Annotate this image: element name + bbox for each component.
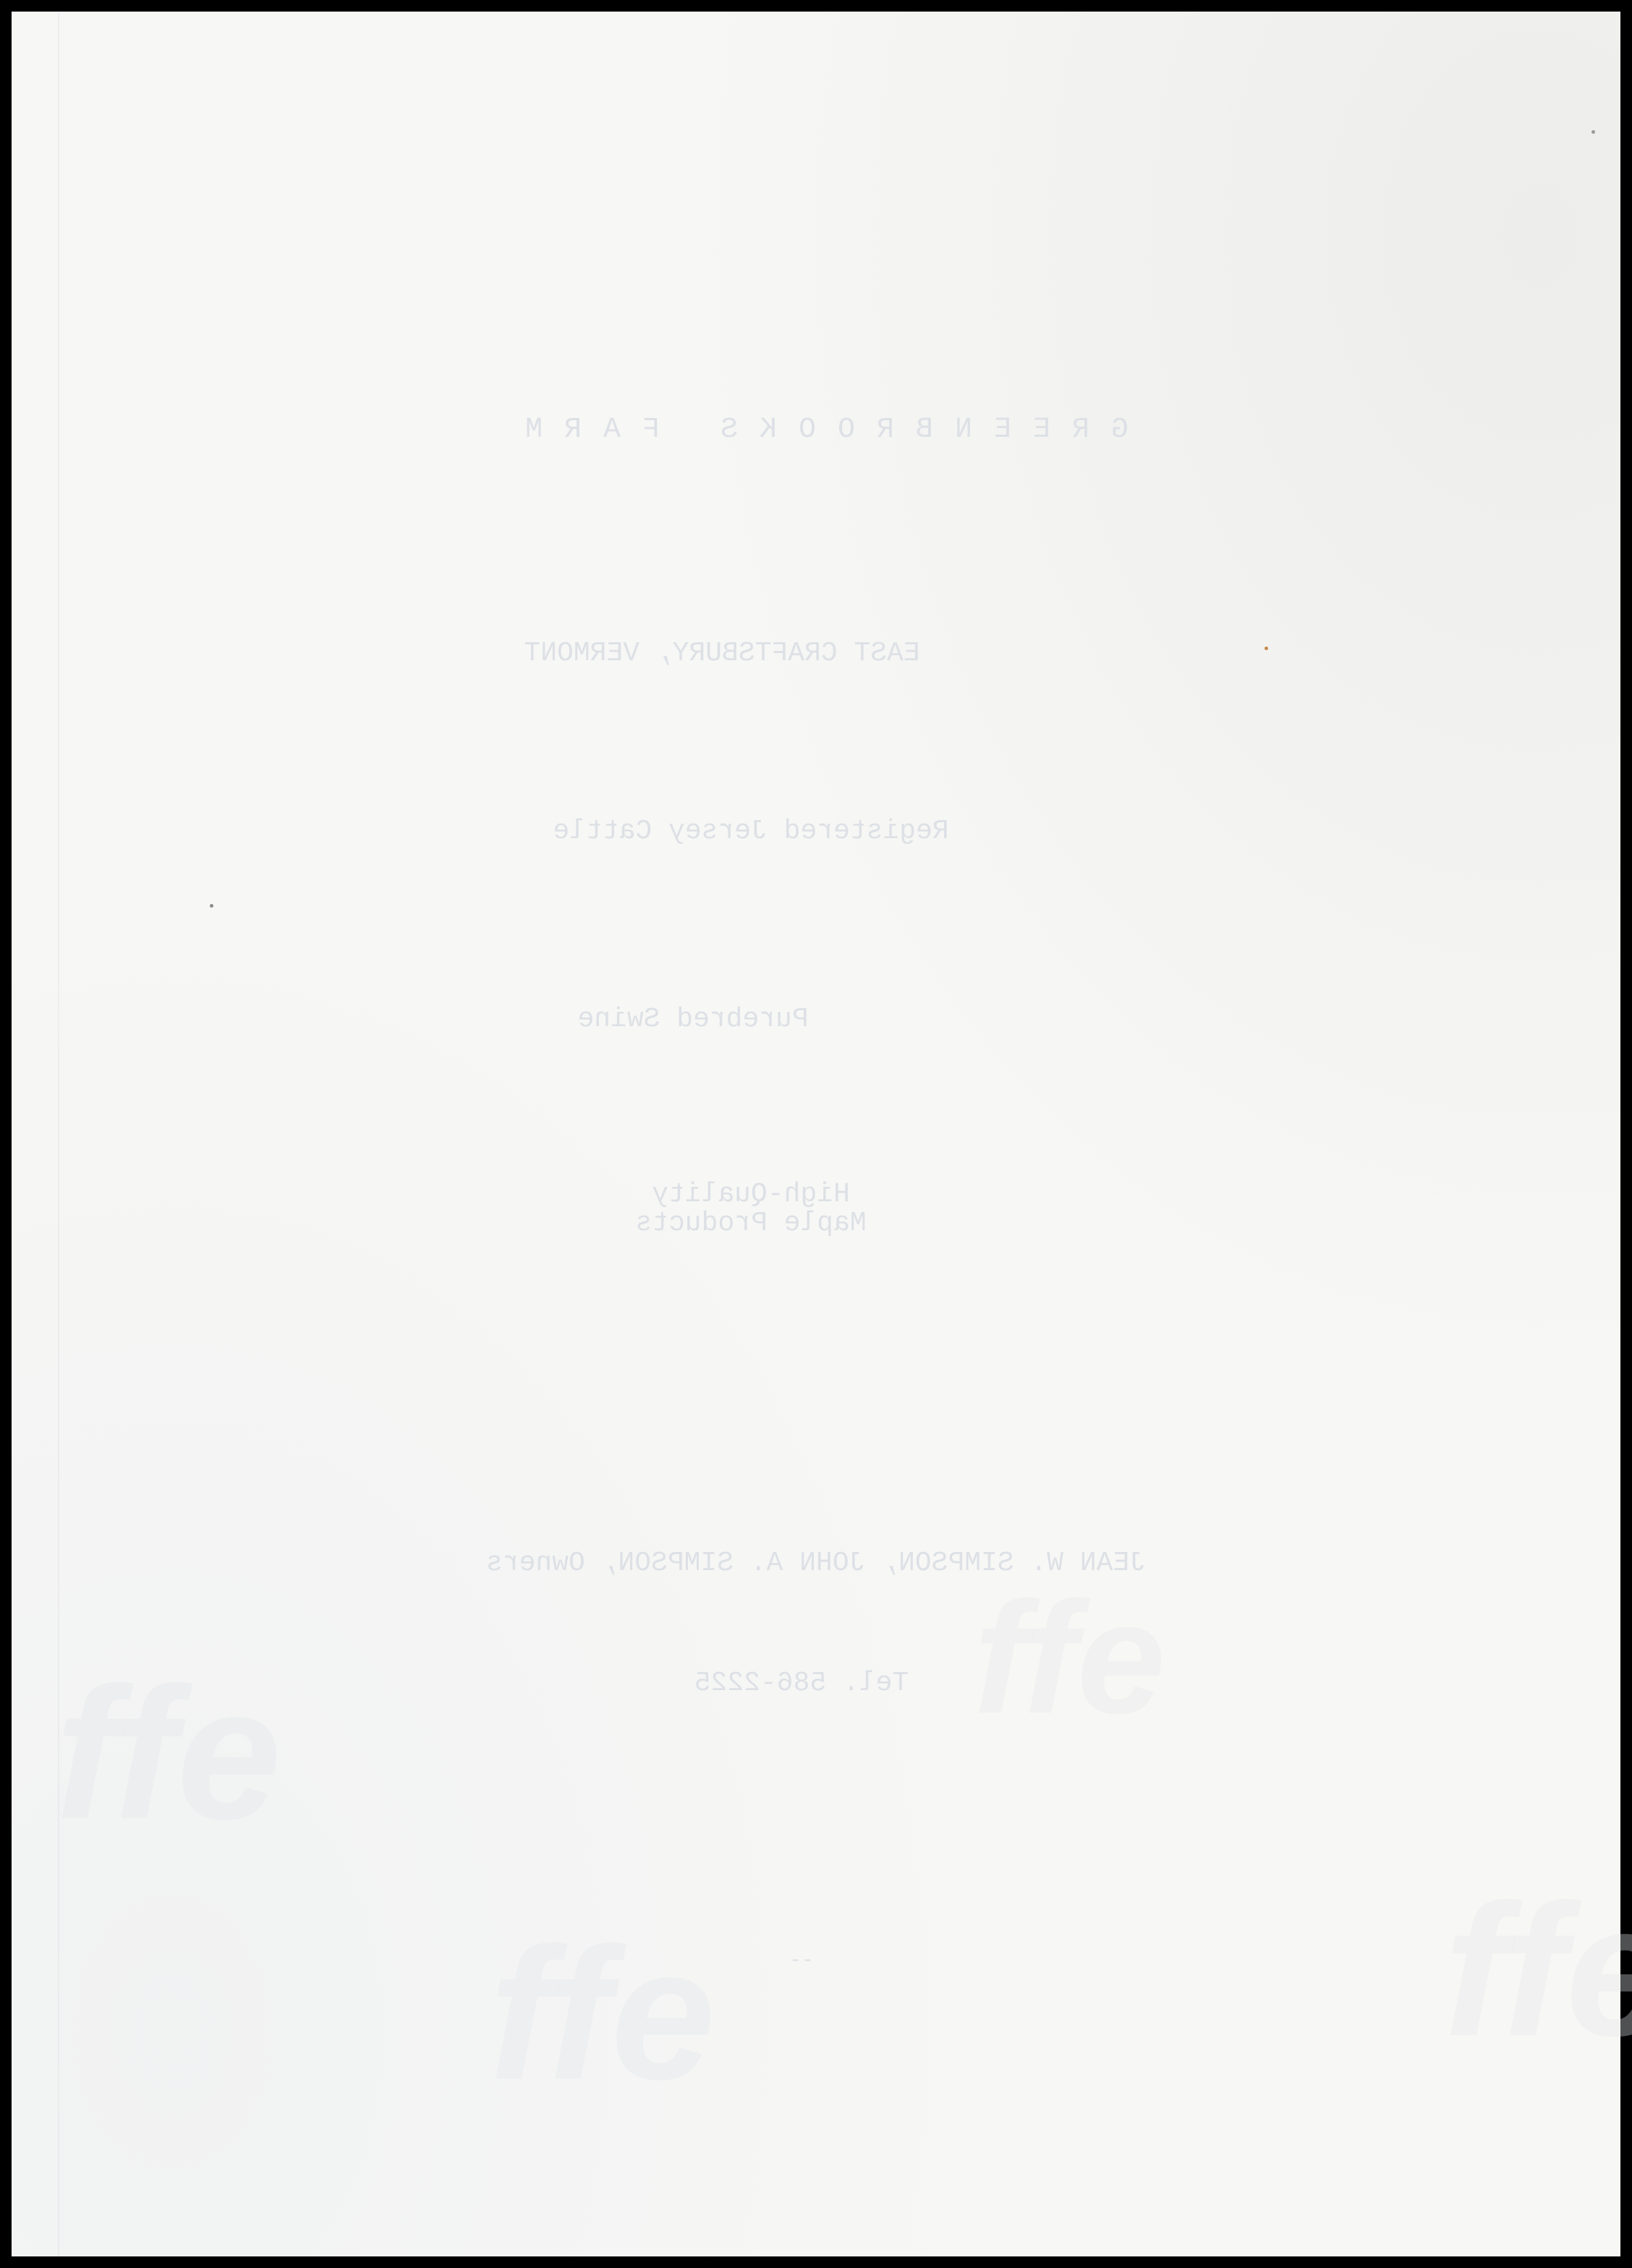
showthrough-farm-name: GREENBROOKS FARM (12, 414, 1620, 446)
showthrough-cattle-line: Registered Jersey Cattle (0, 816, 1555, 847)
paper-watermark: ffe (1444, 1863, 1632, 2079)
paper-edge-line (58, 12, 59, 2256)
showthrough-swine-line: Purebred Swine (0, 1004, 1497, 1035)
showthrough-location: EAST CRAFTSBURY, VERMONT (0, 638, 1526, 669)
paper-watermark: ffe (974, 1566, 1165, 1749)
showthrough-maple-line: High-Quality Maple Products (0, 1180, 1555, 1238)
scanned-page: GREENBROOKS FARM EAST CRAFTSBURY, VERMON… (12, 12, 1620, 2256)
dust-speck (1265, 647, 1268, 650)
dust-speck (210, 904, 213, 908)
showthrough-page-mark: -- (0, 1950, 1606, 1972)
paper-watermark: ffe (489, 1906, 715, 2123)
showthrough-owners-line: JEAN W. SIMPSON, JOHN A. SIMPSON, Owners (12, 1548, 1620, 1579)
dust-speck (1591, 130, 1595, 134)
paper-watermark: ffe (55, 1646, 281, 1862)
